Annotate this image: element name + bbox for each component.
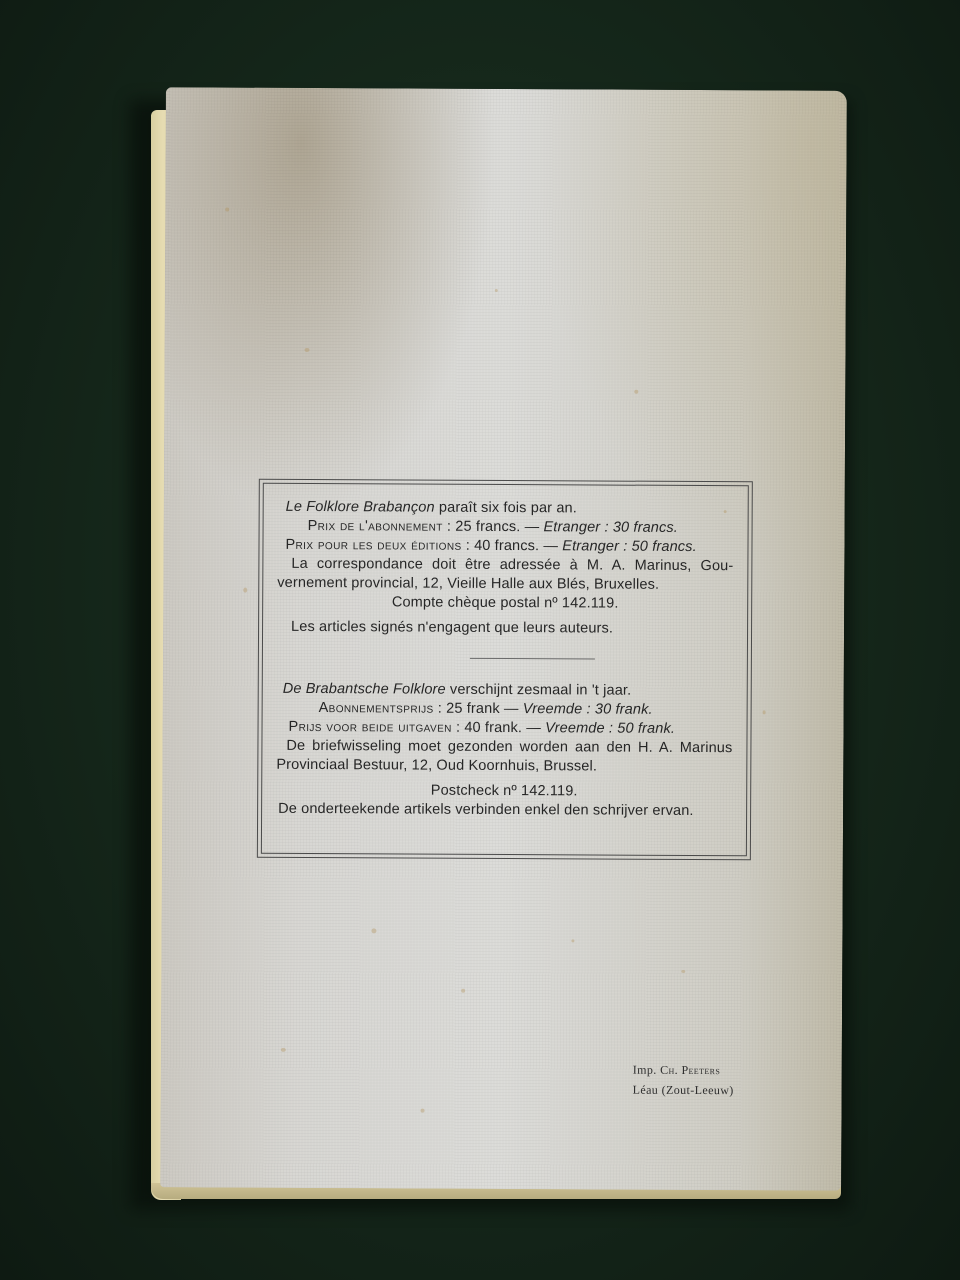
foxing-spot <box>461 989 465 993</box>
fr-both-value: : 40 francs. — <box>462 538 563 555</box>
nl-correspondence-line1: De briefwisseling moet gezonden worden a… <box>276 737 732 758</box>
foxing-spot <box>681 970 685 973</box>
nl-both-editions-price: Prijs voor beide uitgaven : 40 frank. — … <box>276 718 732 739</box>
fr-subscription-price: Prix de l'abonnement : 25 francs. — Etra… <box>278 517 734 538</box>
imprint-printer: Imp. Ch. Peeters <box>633 1060 734 1081</box>
fr-both-editions-price: Prix pour les deux éditions : 40 francs.… <box>277 536 733 557</box>
foxing-spot <box>371 928 376 933</box>
nl-foreign-price: Vreemde : 30 frank. <box>523 701 653 718</box>
nl-both-value: : 40 frank. — <box>452 720 545 736</box>
nl-disclaimer: De onderteekende artikels verbinden enke… <box>276 800 732 821</box>
foxing-spot <box>281 1048 286 1052</box>
fr-journal-title: Le Folklore Brabançon <box>286 499 435 516</box>
nl-price-value: : 25 frank — <box>434 701 523 717</box>
fr-price-value: : 25 francs. — <box>443 519 544 536</box>
section-divider <box>470 658 595 660</box>
foxing-spot <box>421 1109 425 1113</box>
imprint-printer-name: Ch. Peeters <box>660 1063 720 1077</box>
subscription-notice: Le Folklore Brabançon paraît six fois pa… <box>261 483 749 857</box>
fr-both-foreign: Etranger : 50 francs. <box>562 538 697 555</box>
imprint-prefix: Imp. <box>633 1063 660 1077</box>
foxing-spot <box>225 208 229 212</box>
nl-price-label: Abonnementsprijs <box>319 700 434 717</box>
fr-correspondence-line1: La correspondance doit être adressée à M… <box>277 555 733 576</box>
nl-publication-line: De Brabantsche Folklore verschijnt zesma… <box>277 680 733 701</box>
printer-imprint: Imp. Ch. Peeters Léau (Zout-Leeuw) <box>633 1060 734 1101</box>
fr-price-label: Prix de l'abonnement <box>308 518 443 535</box>
foxing-spot <box>763 710 766 714</box>
foxing-spot <box>305 348 310 352</box>
nl-both-foreign: Vreemde : 50 frank. <box>545 720 675 737</box>
fr-frequency: paraît six fois par an. <box>435 500 577 517</box>
back-cover: Le Folklore Brabançon paraît six fois pa… <box>160 87 847 1191</box>
notice-french: Le Folklore Brabançon paraît six fois pa… <box>277 498 734 639</box>
fr-foreign-price: Etranger : 30 francs. <box>543 519 678 536</box>
fr-postal-account: Compte chèque postal nº 142.119. <box>277 593 733 614</box>
nl-journal-title: De Brabantsche Folklore <box>283 681 446 698</box>
fr-publication-line: Le Folklore Brabançon paraît six fois pa… <box>278 498 734 519</box>
nl-subscription-price: Abonnementsprijs : 25 frank — Vreemde : … <box>277 699 733 720</box>
nl-correspondence-line2: Provinciaal Bestuur, 12, Oud Koornhuis, … <box>276 756 732 777</box>
notice-dutch: De Brabantsche Folklore verschijnt zesma… <box>276 680 733 821</box>
fr-disclaimer: Les articles signés n'engagent que leurs… <box>277 618 733 639</box>
foxing-spot <box>571 939 574 942</box>
imprint-location: Léau (Zout-Leeuw) <box>633 1080 734 1101</box>
foxing-spot <box>634 390 638 394</box>
foxing-spot <box>495 289 498 292</box>
nl-both-label: Prijs voor beide uitgaven <box>288 719 451 736</box>
nl-frequency: verschijnt zesmaal in 't jaar. <box>446 682 632 699</box>
nl-postal-account: Postcheck nº 142.119. <box>276 781 732 802</box>
foxing-spot <box>243 588 247 593</box>
fr-both-label: Prix pour les deux éditions <box>285 537 461 554</box>
subscription-notice-frame: Le Folklore Brabançon paraît six fois pa… <box>257 479 753 861</box>
fr-correspondence-line2: vernement provincial, 12, Vieille Halle … <box>277 574 733 595</box>
